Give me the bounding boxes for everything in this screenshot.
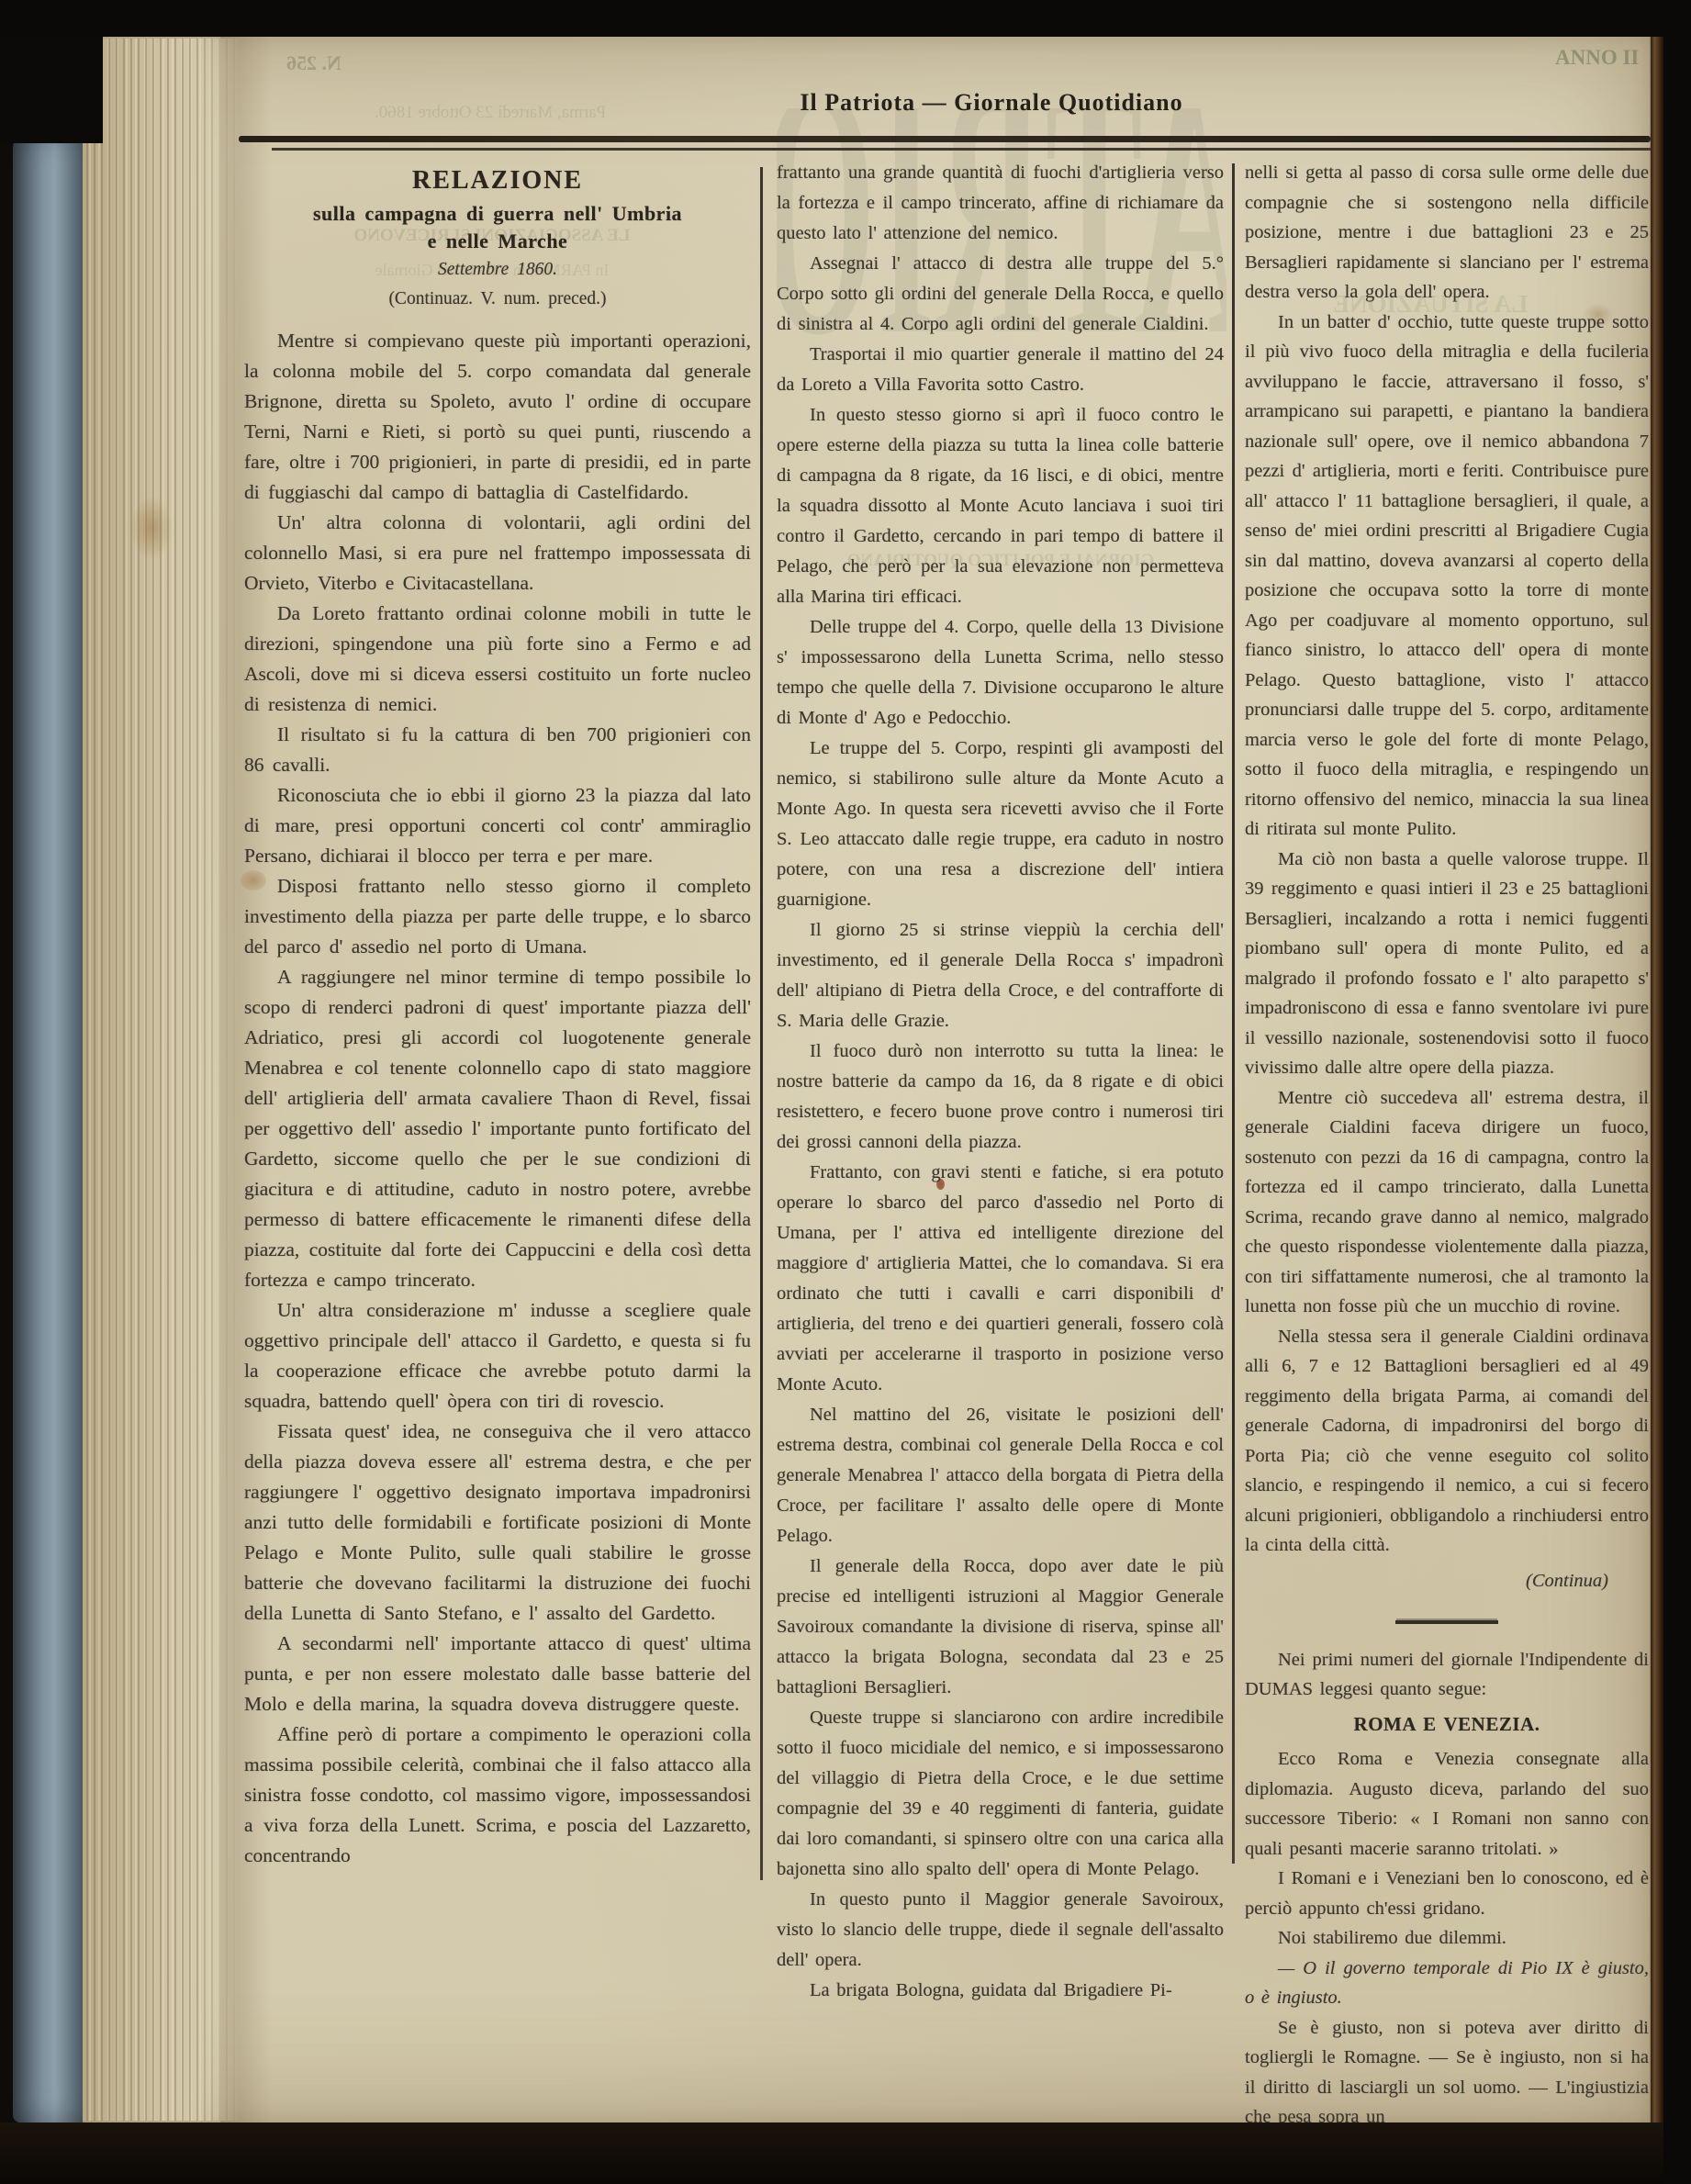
paragraph: Un' altra colonna di volontarii, agli or… <box>244 508 751 599</box>
paragraph: Delle truppe del 4. Corpo, quelle della … <box>777 612 1224 734</box>
paragraph: Frattanto, con gravi stenti e fatiche, s… <box>777 1158 1224 1400</box>
paragraph: Fissata quest' idea, ne conseguiva che i… <box>244 1417 751 1629</box>
paragraph: A raggiungere nel minor termine di tempo… <box>244 962 751 1295</box>
continuation-note: (Continuaz. V. num. preced.) <box>244 286 751 312</box>
paragraph: frattanto una grande quantità di fuochi … <box>777 158 1224 249</box>
paragraph: Il fuoco durò non interrotto su tutta la… <box>777 1036 1224 1158</box>
paragraph: Un' altra considerazione m' indusse a sc… <box>244 1295 751 1417</box>
paragraph: Queste truppe si slanciarono con ardire … <box>777 1703 1224 1885</box>
paragraph: Assegnai l' attacco di destra alle trupp… <box>777 249 1224 340</box>
masthead-rule-thick <box>239 136 1651 142</box>
paragraph: Il risultato si fu la cattura di ben 700… <box>244 720 751 780</box>
scan-border-top <box>0 0 1691 37</box>
paragraph: Trasportai il mio quartier generale il m… <box>777 340 1224 400</box>
article-divider-rule <box>1395 1620 1498 1624</box>
article-subtitle-line1: sulla campagna di guerra nell' Umbria <box>244 200 751 228</box>
paragraph: Noi stabiliremo due dilemmi. <box>1245 1923 1649 1954</box>
paragraph: Riconosciuta che io ebbi il giorno 23 la… <box>244 780 751 871</box>
paragraph: Il giorno 25 si strinse vieppiù la cerch… <box>777 915 1224 1036</box>
article2-intro: Nei primi numeri del giornale l'Indipend… <box>1245 1645 1649 1705</box>
article-heading: RELAZIONE <box>244 165 751 196</box>
bleedthrough-anno-right: ANNO II <box>1555 46 1639 70</box>
paragraph: Nella stessa sera il generale Cialdini o… <box>1245 1322 1649 1561</box>
paragraph: Mentre ciò succedeva all' estrema destra… <box>1245 1083 1649 1322</box>
column-divider-2 <box>1232 163 1235 1864</box>
paragraph: In un batter d' occhio, tutte queste tru… <box>1245 308 1649 845</box>
scan-border-bottom <box>0 2122 1691 2184</box>
article2-heading: ROMA E VENEZIA. <box>1245 1709 1649 1740</box>
paragraph: Le truppe del 5. Corpo, respinti gli ava… <box>777 734 1224 915</box>
column-3-paragraphs: nelli si getta al passo di corsa sulle o… <box>1245 158 1649 1561</box>
paragraph: Da Loreto frattanto ordinai colonne mobi… <box>244 599 751 720</box>
paragraph: — O il governo temporale di Pio IX è giu… <box>1245 1954 1649 2013</box>
column-2-paragraphs: frattanto una grande quantità di fuochi … <box>777 158 1224 2006</box>
bleedthrough-issue-number: N. 256 <box>286 51 342 75</box>
paragraph: Affine però di portare a compimento le o… <box>244 1719 751 1871</box>
page-stack-edges <box>79 39 241 2121</box>
paragraph: Se è giusto, non si poteva aver diritto … <box>1245 2013 1649 2133</box>
column-1: RELAZIONE sulla campagna di guerra nell'… <box>244 165 751 1871</box>
masthead-title: Il Patriota — Giornale Quotidiano <box>788 89 1195 117</box>
article2-paragraphs: Ecco Roma e Venezia consegnate alla dipl… <box>1245 1744 1649 2133</box>
paragraph: La brigata Bologna, guidata dal Brigadie… <box>777 1976 1224 2006</box>
book-cover-edge <box>13 136 83 2122</box>
bleedthrough-date-line: Parma, Martedì 23 Ottobre 1860. <box>375 103 606 123</box>
paragraph: Il generale della Rocca, dopo aver date … <box>777 1551 1224 1703</box>
article-subtitle-line2: e nelle Marche <box>244 228 751 255</box>
column-divider-1 <box>760 167 763 1880</box>
scan-border-right <box>1663 0 1691 2184</box>
paragraph: I Romani e i Veneziani ben lo conoscono,… <box>1245 1864 1649 1923</box>
paragraph: Nel mattino del 26, visitate le posizion… <box>777 1400 1224 1551</box>
continua-note: (Continua) <box>1245 1566 1649 1596</box>
paragraph: A secondarmi nell' importante attacco di… <box>244 1629 751 1719</box>
column-1-paragraphs: Mentre si compievano queste più importan… <box>244 326 751 1871</box>
foxing-stain <box>130 496 173 560</box>
paragraph: Mentre si compievano queste più importan… <box>244 326 751 508</box>
paragraph: nelli si getta al passo di corsa sulle o… <box>1245 158 1649 308</box>
paragraph: In questo stesso giorno si aprì il fuoco… <box>777 400 1224 612</box>
paragraph: Disposi frattanto nello stesso giorno il… <box>244 871 751 962</box>
paragraph: In questo punto il Maggior generale Savo… <box>777 1885 1224 1976</box>
masthead-rule-thin <box>272 148 1651 151</box>
column-2: frattanto una grande quantità di fuochi … <box>777 158 1224 2006</box>
article-dateline: Settembre 1860. <box>244 257 751 283</box>
paragraph: Ecco Roma e Venezia consegnate alla dipl… <box>1245 1744 1649 1864</box>
paragraph: Ma ciò non basta a quelle valorose trupp… <box>1245 845 1649 1083</box>
column-3: nelli si getta al passo di corsa sulle o… <box>1245 158 1649 2133</box>
